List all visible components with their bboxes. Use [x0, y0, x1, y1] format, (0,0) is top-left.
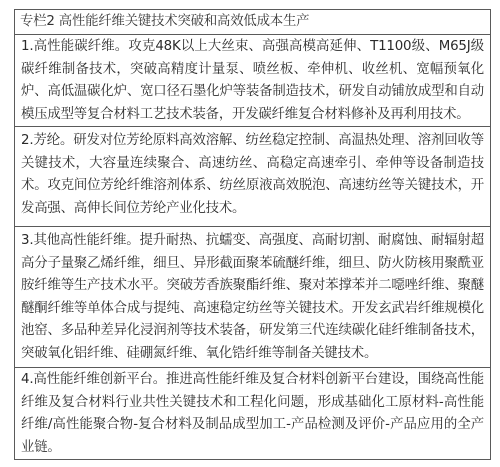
section-carbon-fiber: 1.高性能碳纤维。攻克48K以上大丝束、高强高模高延伸、T1100级、M65J级…	[15, 34, 490, 126]
section-other-fibers: 3.其他高性能纤维。提升耐热、抗蠕变、高强度、高耐切割、耐腐蚀、耐辐射超高分子量…	[15, 226, 490, 367]
column-title: 专栏2 高性能纤维关键技术突破和高效低成本生产	[15, 10, 490, 34]
section-aramid: 2.芳纶。研发对位芳纶原料高效溶解、纺丝稳定控制、高温热处理、溶剂回收等关键技术…	[15, 126, 490, 226]
section-innovation-platform: 4.高性能纤维创新平台。推进高性能纤维及复合材料创新平台建设，围绕高性能纤维及复…	[15, 367, 490, 459]
column-box: 专栏2 高性能纤维关键技术突破和高效低成本生产 1.高性能碳纤维。攻克48K以上…	[14, 9, 491, 460]
